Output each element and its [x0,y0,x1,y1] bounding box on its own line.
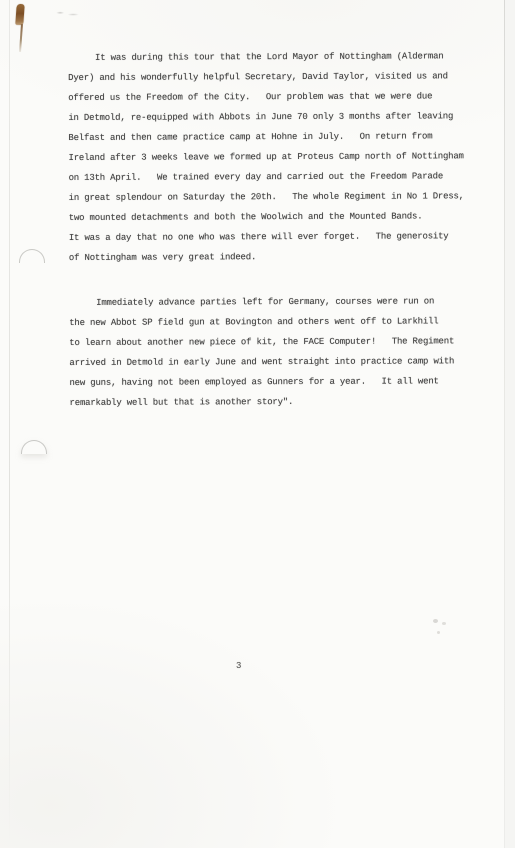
scanned-document-page: It was during this tour that the Lord Ma… [0,0,515,848]
text-line: Immediately advance parties left for Ger… [69,291,475,313]
text-line: in great splendour on Saturday the 20th.… [69,186,475,208]
text-line: offered us the Freedom of the City. Our … [68,86,474,108]
paper-left-edge [9,0,10,848]
typewritten-text-block: It was during this tour that the Lord Ma… [68,46,476,413]
paragraph-2: Immediately advance parties left for Ger… [69,291,476,413]
text-line: of Nottingham was very great indeed. [69,246,475,268]
tape-stain-blob [15,4,24,26]
punch-hole-arc [21,440,47,454]
text-line: remarkably well but that is another stor… [70,391,476,413]
text-line: arrived in Detmold in early June and wen… [69,351,475,373]
text-line: It was during this tour that the Lord Ma… [68,46,474,68]
scan-speck [442,622,446,625]
paper-right-edge [504,0,505,848]
text-line: two mounted detachments and both the Woo… [69,206,475,228]
paragraph-1: It was during this tour that the Lord Ma… [68,46,475,268]
punch-hole-arc [19,249,45,263]
text-line: Dyer) and his wonderfully helpful Secret… [68,66,474,88]
paper-right-margin-shadow [505,0,515,848]
page-number: 3 [236,656,241,676]
text-line: It was a day that no one who was there w… [69,226,475,248]
text-line: new guns, having not been employed as Gu… [69,371,475,393]
text-line: the new Abbot SP field gun at Bovington … [69,311,475,333]
pencil-smudge-artifact [55,10,81,17]
tape-stain-artifact [14,3,28,55]
scan-speck [433,619,438,623]
text-line: on 13th April. We trained every day and … [69,166,475,188]
text-line: to learn about another new piece of kit,… [69,331,475,353]
text-line: in Detmold, re-equipped with Abbots in J… [68,106,474,128]
text-line: Ireland after 3 weeks leave we formed up… [68,146,474,168]
tape-stain-tail [19,24,23,52]
text-line: Belfast and then came practice camp at H… [68,126,474,148]
scan-speck [437,631,440,634]
